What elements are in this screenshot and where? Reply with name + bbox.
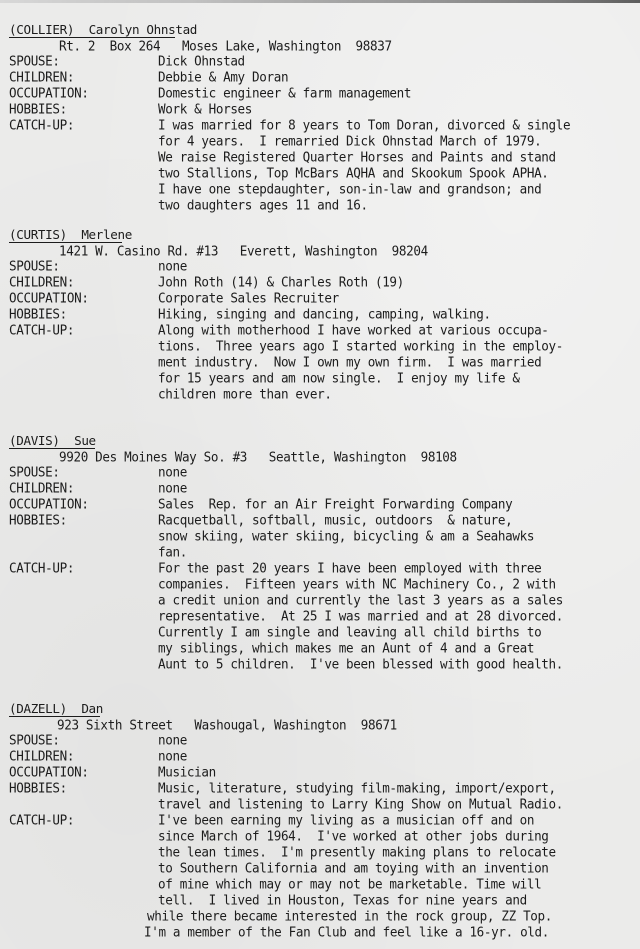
field-value: Sales Rep. for an Air Freight Forwarding…	[158, 496, 512, 513]
field-label: OCCUPATION:	[9, 290, 89, 307]
field-value: snow skiing, water skiing, bicycling & a…	[158, 528, 534, 545]
field-value: I've been earning my living as a musicia…	[158, 812, 534, 829]
field-value: Currently I am single and leaving all ch…	[158, 624, 541, 641]
field-value: two daughters ages 11 and 16.	[158, 197, 368, 214]
field-label: OCCUPATION:	[9, 85, 89, 102]
field-value: none	[158, 748, 187, 765]
maiden-name: (DAZELL)	[9, 701, 67, 716]
field-value: none	[158, 464, 187, 481]
entry-header: (COLLIER) Carolyn Ohnstad	[9, 22, 197, 38]
person-name: Dan	[81, 701, 103, 716]
field-label: CATCH-UP:	[9, 812, 74, 829]
field-value: Hiking, singing and dancing, camping, wa…	[158, 306, 491, 323]
field-value: I was married for 8 years to Tom Doran, …	[158, 117, 570, 134]
maiden-name: (DAVIS)	[9, 433, 60, 448]
entry-header: (DAVIS) Sue	[9, 433, 96, 449]
scan-edge	[0, 0, 640, 3]
field-value: companies. Fifteen years with NC Machine…	[158, 576, 556, 593]
field-value: Debbie & Amy Doran	[158, 69, 288, 86]
entry-header: (DAZELL) Dan	[9, 701, 103, 717]
field-value: fan.	[158, 544, 187, 561]
field-label: CATCH-UP:	[9, 560, 74, 577]
field-value: travel and listening to Larry King Show …	[158, 796, 563, 813]
person-name: Carolyn Ohnstad	[89, 22, 197, 37]
field-value: for 15 years and am now single. I enjoy …	[158, 370, 520, 387]
field-value: I have one stepdaughter, son-in-law and …	[158, 181, 541, 198]
person-name: Sue	[74, 433, 96, 448]
field-value: tell. I lived in Houston, Texas for nine…	[158, 892, 527, 909]
address: 923 Sixth Street Washougal, Washington 9…	[57, 717, 397, 734]
field-label: HOBBIES:	[9, 780, 67, 797]
field-value: Racquetball, softball, music, outdoors &…	[158, 512, 512, 529]
field-value: my siblings, which makes me an Aunt of 4…	[158, 640, 534, 657]
field-value: a credit union and currently the last 3 …	[158, 592, 563, 609]
field-value: of mine which may or may not be marketab…	[158, 876, 541, 893]
field-value: since March of 1964. I've worked at othe…	[158, 828, 549, 845]
entry-header: (CURTIS) Merlene	[9, 227, 132, 243]
person-name: Merlene	[81, 227, 132, 242]
field-value: the lean times. I'm presently making pla…	[158, 844, 556, 861]
field-value: Domestic engineer & farm management	[158, 85, 411, 102]
field-value: Musician	[158, 764, 216, 781]
field-label: OCCUPATION:	[9, 496, 89, 513]
field-value: while there became interested in the roc…	[147, 908, 552, 925]
field-value: none	[158, 732, 187, 749]
field-value: to Southern California and am toying wit…	[158, 860, 549, 877]
field-value: for 4 years. I remarried Dick Ohnstad Ma…	[158, 133, 541, 150]
field-label: SPOUSE:	[9, 258, 60, 275]
field-value: Dick Ohnstad	[158, 53, 245, 70]
field-label: HOBBIES:	[9, 306, 67, 323]
field-value: children more than ever.	[158, 386, 332, 403]
field-label: CHILDREN:	[9, 748, 74, 765]
field-label: CATCH-UP:	[9, 117, 74, 134]
field-value: Aunt to 5 children. I've been blessed wi…	[158, 656, 563, 673]
field-label: CHILDREN:	[9, 480, 74, 497]
field-label: HOBBIES:	[9, 512, 67, 529]
address: 9920 Des Moines Way So. #3 Seattle, Wash…	[59, 449, 457, 466]
maiden-name: (COLLIER)	[9, 22, 74, 37]
field-label: HOBBIES:	[9, 101, 67, 118]
field-label: SPOUSE:	[9, 53, 60, 70]
field-label: CHILDREN:	[9, 69, 74, 86]
field-value: representative. At 25 I was married and …	[158, 608, 563, 625]
field-label: SPOUSE:	[9, 732, 60, 749]
field-value: For the past 20 years I have been employ…	[158, 560, 541, 577]
maiden-name: (CURTIS)	[9, 227, 67, 242]
field-label: OCCUPATION:	[9, 764, 89, 781]
field-value: I'm a member of the Fan Club and feel li…	[144, 924, 549, 941]
field-value: Music, literature, studying film-making,…	[158, 780, 556, 797]
field-value: none	[158, 480, 187, 497]
field-value: ment industry. Now I own my own firm. I …	[158, 354, 541, 371]
field-label: CATCH-UP:	[9, 322, 74, 339]
field-value: Corporate Sales Recruiter	[158, 290, 339, 307]
field-value: Work & Horses	[158, 101, 252, 118]
field-value: We raise Registered Quarter Horses and P…	[158, 149, 556, 166]
field-value: two Stallions, Top McBars AQHA and Skook…	[158, 165, 549, 182]
field-value: John Roth (14) & Charles Roth (19)	[158, 274, 404, 291]
address: 1421 W. Casino Rd. #13 Everett, Washingt…	[59, 243, 428, 260]
field-value: Along with motherhood I have worked at v…	[158, 322, 549, 339]
field-label: CHILDREN:	[9, 274, 74, 291]
field-label: SPOUSE:	[9, 464, 60, 481]
field-value: tions. Three years ago I started working…	[158, 338, 563, 355]
field-value: none	[158, 258, 187, 275]
